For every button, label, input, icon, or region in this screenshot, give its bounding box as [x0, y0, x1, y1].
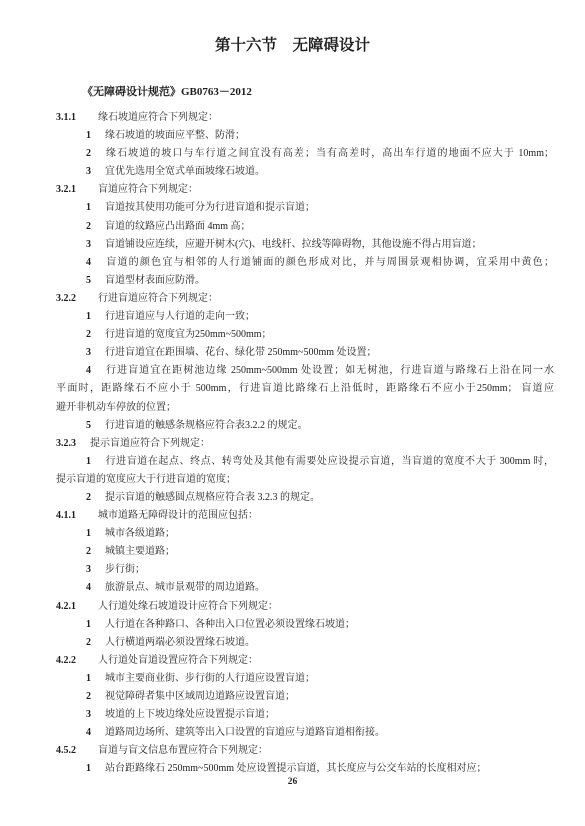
line-text: 盲道铺设应连续，应避开树木(穴)、电线杆、拉线等障碍物，其他设施不得占用盲道；	[105, 239, 482, 250]
line-text: 人行道在各种路口、各种出入口位置必须设置缘石坡道；	[105, 619, 355, 630]
line-text: 提示盲道的宽度应大于行进盲道的宽度；	[56, 474, 236, 485]
text-line: 3坡道的上下坡边缘处应设置提示盲道；	[56, 706, 554, 724]
line-text: 宜优先选用全宽式单面坡缘石坡道。	[105, 166, 265, 177]
item-number: 2	[86, 634, 105, 652]
line-text: 行进盲道的触感条规格应符合表3.2.2 的规定。	[105, 420, 308, 431]
item-number: 2	[86, 543, 105, 561]
line-text: 避开非机动车停放的位置；	[56, 402, 176, 413]
line-text: 人行道处盲道设置应符合下列规定：	[98, 655, 258, 666]
text-line: 2行进盲道的宽度宜为250mm~500mm；	[56, 326, 554, 344]
item-number: 3	[86, 236, 105, 254]
line-text: 盲道的颜色宜与相邻的人行道铺面的颜色形成对比，并与周围景观相协调，宜采用中黄色；	[105, 257, 554, 268]
text-line: 4道路周边场所、建筑等出入口设置的盲道应与道路盲道相衔接。	[56, 724, 554, 742]
item-number: 4	[86, 254, 105, 272]
line-text: 人行道处缘石坡道设计应符合下列规定：	[98, 601, 278, 612]
item-number: 1	[86, 670, 105, 688]
text-line: 1城市各级道路；	[56, 525, 554, 543]
text-line: 3.2.2行进盲道应符合下列规定：	[56, 290, 554, 308]
section-number: 3.1.1	[56, 109, 98, 127]
section-number: 4.5.2	[56, 742, 98, 760]
text-line: 1缘石坡道的坡面应平整、防滑；	[56, 127, 554, 145]
item-number: 1	[86, 453, 105, 471]
item-number: 3	[86, 561, 105, 579]
text-line: 5行进盲道的触感条规格应符合表3.2.2 的规定。	[56, 417, 554, 435]
line-text: 城镇主要道路；	[105, 546, 175, 557]
text-line: 2提示盲道的触感圆点规格应符合表 3.2.3 的规定。	[56, 489, 554, 507]
item-number: 2	[86, 145, 105, 163]
line-text: 行进盲道宜在距树池边缘 250mm~500mm 处设置；如无树池，行进盲道与路缘…	[105, 365, 554, 376]
document-page: 第十六节 无障碍设计 《无障碍设计规范》GB0763－2012 3.1.1缘石坡…	[0, 0, 585, 826]
text-line: 4.2.1人行道处缘石坡道设计应符合下列规定：	[56, 598, 554, 616]
text-line: 避开非机动车停放的位置；	[56, 399, 554, 417]
text-line: 1行进盲道应与人行道的走向一致；	[56, 308, 554, 326]
section-number: 4.1.1	[56, 507, 98, 525]
text-line: 2视觉障碍者集中区域周边道路应设置盲道；	[56, 688, 554, 706]
line-text: 步行街；	[105, 564, 145, 575]
item-number: 2	[86, 489, 105, 507]
page-title: 第十六节 无障碍设计	[0, 34, 585, 58]
line-text: 平面时，距路缘石不应小于 500mm，行进盲道比路缘石上沿低时，距路缘石不应小于…	[56, 383, 554, 394]
text-line: 3步行街；	[56, 561, 554, 579]
text-line: 4盲道的颜色宜与相邻的人行道铺面的颜色形成对比，并与周围景观相协调，宜采用中黄色…	[56, 254, 554, 272]
text-line: 3行进盲道宜在距围墙、花台、绿化带 250mm~500mm 处设置；	[56, 344, 554, 362]
reference-line: 《无障碍设计规范》GB0763－2012	[82, 84, 252, 100]
line-text: 城市主要商业街、步行街的人行道应设置盲道；	[105, 673, 315, 684]
item-number: 3	[86, 706, 105, 724]
text-line: 4.2.2人行道处盲道设置应符合下列规定：	[56, 652, 554, 670]
line-text: 盲道按其使用功能可分为行进盲道和提示盲道；	[105, 202, 315, 213]
text-line: 3盲道铺设应连续，应避开树木(穴)、电线杆、拉线等障碍物，其他设施不得占用盲道；	[56, 236, 554, 254]
text-line: 1城市主要商业街、步行街的人行道应设置盲道；	[56, 670, 554, 688]
item-number: 1	[86, 199, 105, 217]
text-line: 提示盲道的宽度应大于行进盲道的宽度；	[56, 471, 554, 489]
line-text: 坡道的上下坡边缘处应设置提示盲道；	[105, 709, 275, 720]
line-text: 行进盲道应符合下列规定：	[98, 293, 218, 304]
section-number: 3.2.3	[56, 435, 90, 453]
section-number: 4.2.1	[56, 598, 98, 616]
text-line: 3.2.3提示盲道应符合下列规定：	[56, 435, 554, 453]
text-line: 1盲道按其使用功能可分为行进盲道和提示盲道；	[56, 199, 554, 217]
line-text: 盲道型材表面应防滑。	[105, 275, 205, 286]
item-number: 3	[86, 163, 105, 181]
text-line: 4行进盲道宜在距树池边缘 250mm~500mm 处设置；如无树池，行进盲道与路…	[56, 362, 554, 380]
line-text: 道路周边场所、建筑等出入口设置的盲道应与道路盲道相衔接。	[105, 727, 385, 738]
text-line: 2城镇主要道路；	[56, 543, 554, 561]
text-line: 3宜优先选用全宽式单面坡缘石坡道。	[56, 163, 554, 181]
line-text: 缘石坡道的坡口与车行道之间宜没有高差；当有高差时，高出车行道的地面不应大于 10…	[105, 148, 554, 159]
item-number: 4	[86, 724, 105, 742]
text-line: 3.1.1缘石坡道应符合下列规定：	[56, 109, 554, 127]
item-number: 5	[86, 417, 105, 435]
document-body: 3.1.1缘石坡道应符合下列规定：1缘石坡道的坡面应平整、防滑；2缘石坡道的坡口…	[56, 109, 554, 778]
section-number: 3.2.1	[56, 181, 98, 199]
line-text: 行进盲道宜在距围墙、花台、绿化带 250mm~500mm 处设置；	[105, 347, 377, 358]
item-number: 4	[86, 362, 105, 380]
item-number: 1	[86, 308, 105, 326]
line-text: 行进盲道在起点、终点、转弯处及其他有需要处应设提示盲道，当盲道的宽度不大于 30…	[105, 456, 554, 467]
section-number: 4.2.2	[56, 652, 98, 670]
item-number: 2	[86, 218, 105, 236]
page-number: 26	[0, 775, 585, 789]
text-line: 5盲道型材表面应防滑。	[56, 272, 554, 290]
text-line: 4.5.2盲道与盲文信息布置应符合下列规定：	[56, 742, 554, 760]
line-text: 盲道的纹路应凸出路面 4mm 高；	[105, 221, 251, 232]
line-text: 缘石坡道的坡面应平整、防滑；	[105, 130, 245, 141]
text-line: 2盲道的纹路应凸出路面 4mm 高；	[56, 218, 554, 236]
line-text: 盲道应符合下列规定：	[98, 184, 198, 195]
line-text: 视觉障碍者集中区域周边道路应设置盲道；	[105, 691, 295, 702]
line-text: 城市各级道路；	[105, 528, 175, 539]
text-line: 2人行横道两端必须设置缘石坡道。	[56, 634, 554, 652]
line-text: 旅游景点、城市景观带的周边道路。	[105, 582, 265, 593]
line-text: 人行横道两端必须设置缘石坡道。	[105, 637, 255, 648]
item-number: 3	[86, 344, 105, 362]
line-text: 城市道路无障碍设计的范围应包括：	[98, 510, 258, 521]
text-line: 平面时，距路缘石不应小于 500mm，行进盲道比路缘石上沿低时，距路缘石不应小于…	[56, 380, 554, 398]
item-number: 5	[86, 272, 105, 290]
line-text: 行进盲道应与人行道的走向一致；	[105, 311, 255, 322]
text-line: 4旅游景点、城市景观带的周边道路。	[56, 579, 554, 597]
line-text: 站台距路缘石 250mm~500mm 处应设置提示盲道，其长度应与公交车站的长度…	[105, 763, 487, 774]
line-text: 提示盲道的触感圆点规格应符合表 3.2.3 的规定。	[105, 492, 320, 503]
text-line: 1行进盲道在起点、终点、转弯处及其他有需要处应设提示盲道，当盲道的宽度不大于 3…	[56, 453, 554, 471]
text-line: 3.2.1盲道应符合下列规定：	[56, 181, 554, 199]
item-number: 1	[86, 616, 105, 634]
line-text: 行进盲道的宽度宜为250mm~500mm；	[105, 329, 272, 340]
item-number: 2	[86, 326, 105, 344]
item-number: 1	[86, 525, 105, 543]
line-text: 缘石坡道应符合下列规定：	[98, 112, 218, 123]
item-number: 4	[86, 579, 105, 597]
text-line: 2缘石坡道的坡口与车行道之间宜没有高差；当有高差时，高出车行道的地面不应大于 1…	[56, 145, 554, 163]
line-text: 提示盲道应符合下列规定：	[90, 438, 210, 449]
section-number: 3.2.2	[56, 290, 98, 308]
text-line: 1人行道在各种路口、各种出入口位置必须设置缘石坡道；	[56, 616, 554, 634]
line-text: 盲道与盲文信息布置应符合下列规定：	[98, 745, 268, 756]
text-line: 4.1.1城市道路无障碍设计的范围应包括：	[56, 507, 554, 525]
item-number: 2	[86, 688, 105, 706]
item-number: 1	[86, 127, 105, 145]
